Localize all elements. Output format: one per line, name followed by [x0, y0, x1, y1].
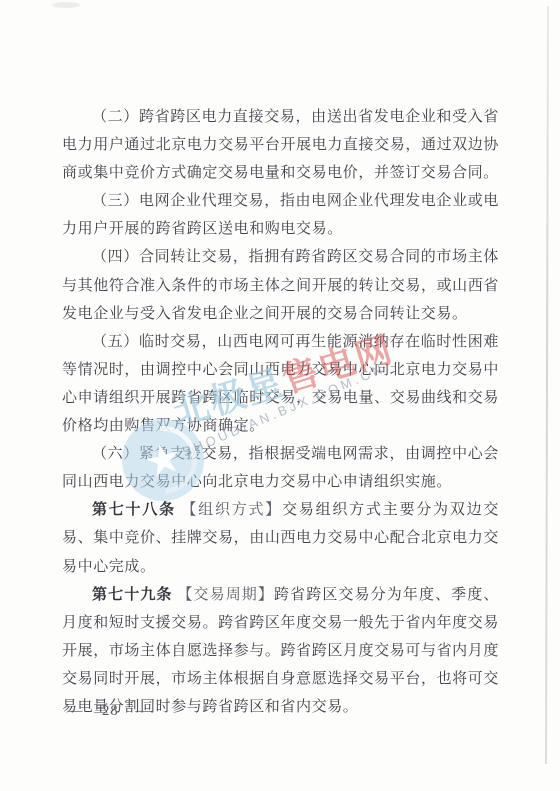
- paragraph: （三）电网企业代理交易，指由电网企业代理发电企业或电力用户开展的跨省跨区送电和购…: [62, 187, 499, 243]
- paragraph-segment: （四）合同转让交易，指拥有跨省跨区交易合同的市场主体与其他符合准入条件的市场主体…: [62, 249, 499, 321]
- paragraph-segment: （二）跨省跨区电力直接交易，由送出省发电企业和受入省电力用户通过北京电力交易平台…: [62, 109, 499, 181]
- paragraph: （二）跨省跨区电力直接交易，由送出省发电企业和受入省电力用户通过北京电力交易平台…: [62, 103, 499, 187]
- paragraph-segment: （六）紧急支援交易，指根据受端电网需求，由调控中心会同山西电力交易中心向北京电力…: [62, 446, 499, 490]
- paragraph-segment: 【组织方式】: [181, 502, 282, 518]
- document-body: （二）跨省跨区电力直接交易，由送出省发电企业和受入省电力用户通过北京电力交易平台…: [62, 103, 499, 721]
- paragraph-segment: 第七十九条: [92, 587, 177, 603]
- paragraph: （五）临时交易，山西电网可再生能源消纳存在临时性困难等情况时，由调控中心会同山西…: [62, 328, 499, 440]
- scan-smudge-artifact: [52, 2, 80, 8]
- document-page: （二）跨省跨区电力直接交易，由送出省发电企业和受入省电力用户通过北京电力交易平台…: [0, 0, 560, 791]
- page-number-footer: — 28 —: [68, 703, 153, 720]
- paragraph-segment: 【交易周期】: [177, 587, 274, 603]
- scan-edge-line: [545, 6, 548, 764]
- paragraph: 第七十九条 【交易周期】跨省跨区交易分为年度、季度、月度和短时支援交易。跨省跨区…: [62, 581, 499, 721]
- paragraph: （六）紧急支援交易，指根据受端电网需求，由调控中心会同山西电力交易中心向北京电力…: [62, 440, 499, 496]
- paragraph: （四）合同转让交易，指拥有跨省跨区交易合同的市场主体与其他符合准入条件的市场主体…: [62, 243, 499, 327]
- paragraph: 第七十八条 【组织方式】交易组织方式主要分为双边交易、集中竞价、挂牌交易，由山西…: [62, 496, 499, 580]
- paragraph-segment: （五）临时交易，山西电网可再生能源消纳存在临时性困难等情况时，由调控中心会同山西…: [62, 334, 499, 434]
- paragraph-segment: （三）电网企业代理交易，指由电网企业代理发电企业或电力用户开展的跨省跨区送电和购…: [62, 193, 499, 237]
- paragraph-segment: 跨省跨区交易分为年度、季度、月度和短时支援交易。跨省跨区年度交易一般先于省内年度…: [62, 587, 499, 715]
- paragraph-segment: 第七十八条: [92, 502, 181, 518]
